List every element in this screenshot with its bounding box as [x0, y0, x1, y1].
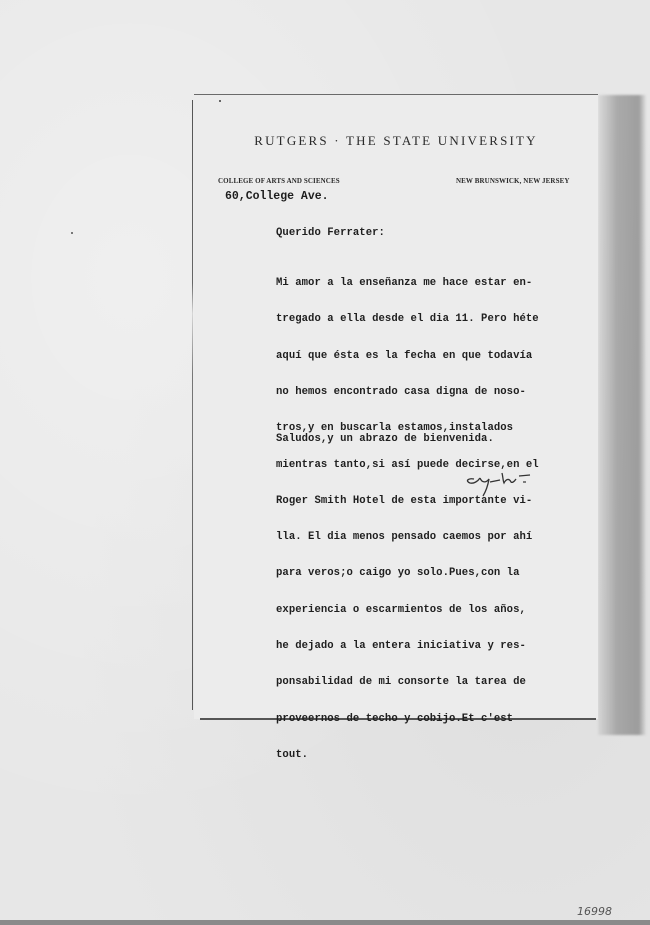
closing-line: Saludos,y un abrazo de bienvenida.: [276, 433, 494, 445]
letter-left-edge: [192, 100, 193, 710]
body-line: no hemos encontrado casa digna de noso-: [276, 386, 539, 398]
scan-speck: [71, 232, 73, 234]
body-line: lla. El dia menos pensado caemos por ahí: [276, 531, 539, 543]
letter-body: Mi amor a la enseñanza me hace estar en-…: [276, 253, 539, 773]
body-line: tout.: [276, 749, 539, 761]
body-line: ponsabilidad de mi consorte la tarea de: [276, 676, 539, 688]
letter-top-edge: [194, 94, 598, 95]
letterhead-title: RUTGERS · THE STATE UNIVERSITY: [194, 133, 598, 149]
letterhead-college: COLLEGE OF ARTS AND SCIENCES: [218, 177, 340, 185]
letterhead-location: NEW BRUNSWICK, NEW JERSEY: [456, 177, 570, 185]
body-line: Mi amor a la enseñanza me hace estar en-: [276, 277, 539, 289]
scan-bottom-band: [0, 920, 650, 925]
scan-speck: [219, 100, 221, 102]
body-line: experiencia o escarmientos de los años,: [276, 604, 539, 616]
body-line: he dejado a la entera iniciativa y res-: [276, 640, 539, 652]
archive-number: 16998: [577, 905, 612, 918]
body-line: proveernos de techo y cobijo.Et c'est: [276, 713, 539, 725]
signature-icon: [462, 467, 537, 497]
salutation: Querido Ferrater:: [276, 227, 385, 239]
body-line: aquí que ésta es la fecha en que todavía: [276, 350, 539, 362]
sender-address: 60,College Ave.: [225, 190, 329, 203]
page-edge-shadow: [598, 95, 646, 735]
body-line: para veros;o caigo yo solo.Pues,con la: [276, 567, 539, 579]
body-line: tregado a ella desde el dia 11. Pero hét…: [276, 313, 539, 325]
